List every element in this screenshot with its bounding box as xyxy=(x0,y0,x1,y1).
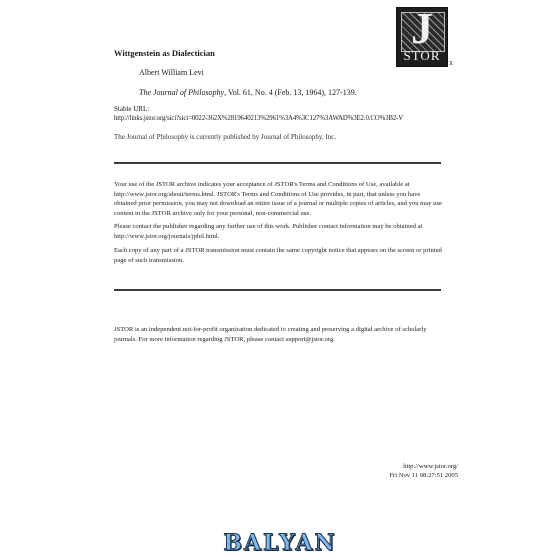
publisher-note: The Journal of Philosophy is currently p… xyxy=(114,133,336,141)
citation-details: , Vol. 61, No. 4 (Feb. 13, 1964), 127-13… xyxy=(224,88,357,97)
stable-url-link[interactable]: http://links.jstor.org/sici?sici=0022-36… xyxy=(114,115,403,122)
terms-paragraph: Your use of the JSTOR archive indicates … xyxy=(114,180,442,218)
copyright-paragraph: Each copy of any part of a JSTOR transmi… xyxy=(114,246,442,265)
stable-url-label: Stable URL: xyxy=(114,105,149,113)
jstor-logo: J STOR xyxy=(396,7,448,67)
divider-top xyxy=(114,162,441,164)
article-title: Wittgenstein as Dialectician xyxy=(114,48,215,58)
logo-letter: J xyxy=(410,8,434,50)
footer-timestamp: Fri Nov 11 08:27:51 2005 xyxy=(340,471,458,480)
logo-label: STOR xyxy=(397,48,447,64)
divider-bottom xyxy=(114,289,441,291)
footer-site-link[interactable]: http://www.jstor.org/ xyxy=(340,462,458,471)
logo-mark: x xyxy=(449,58,453,67)
article-author: Albert William Levi xyxy=(139,68,204,77)
watermark-logo: BALYAN xyxy=(0,530,560,556)
article-citation: The Journal of Philosophy, Vol. 61, No. … xyxy=(139,88,357,97)
contact-paragraph: Please contact the publisher regarding a… xyxy=(114,222,442,241)
journal-name: The Journal of Philosophy xyxy=(139,88,224,97)
about-jstor-paragraph: JSTOR is an independent not-for-profit o… xyxy=(114,325,442,344)
